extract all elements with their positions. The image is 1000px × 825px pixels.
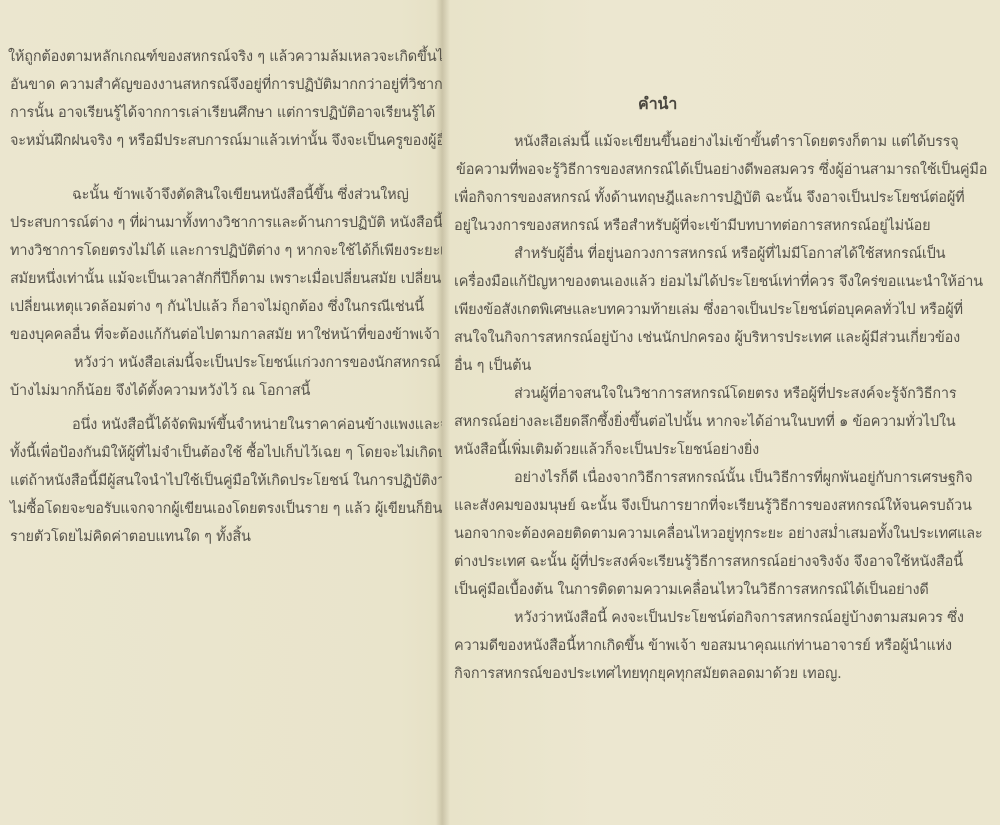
right-line: เพื่อกิจการของสหกรณ์ ทั้งด้านทฤษฎีและการ… xyxy=(454,186,964,209)
right-line: หวังว่าหนังสือนี้ คงจะเป็นประโยชน์ต่อกิจ… xyxy=(514,606,964,629)
right-line: เพียงข้อสังเกตพิเศษและบทความท้ายเล่ม ซึ่… xyxy=(454,298,963,321)
left-line: จะหมั่นฝึกฝนจริง ๆ หรือมีประสบการณ์มาแล้… xyxy=(10,129,442,152)
right-line: เครื่องมือแก้ปัญหาของตนเองแล้ว ย่อมไม่ได… xyxy=(454,270,983,293)
right-line: สำหรับผู้อื่น ที่อยู่นอกวงการสหกรณ์ หรือ… xyxy=(514,242,945,265)
right-line: อยู่ในวงการของสหกรณ์ หรือสำหรับผู้ที่จะเ… xyxy=(454,214,930,237)
right-line: ส่วนผู้ที่อาจสนใจในวิชาการสหกรณ์โดยตรง ห… xyxy=(514,382,956,405)
left-line: แต่ถ้าหนังสือนี้มีผู้สนใจนำไปใช้เป็นคู่ม… xyxy=(10,469,442,492)
left-line: ให้ถูกต้องตามหลักเกณฑ์ของสหกรณ์จริง ๆ แล… xyxy=(8,45,442,68)
left-line: ประสบการณ์ต่าง ๆ ที่ผ่านมาทั้งทางวิชาการ… xyxy=(10,211,442,234)
right-line: หนังสือนี้เพิ่มเติมด้วยแล้วก็จะเป็นประโย… xyxy=(454,438,759,461)
left-line: หวังว่า หนังสือเล่มนี้จะเป็นประโยชน์แก่ว… xyxy=(74,351,440,374)
right-line: หนังสือเล่มนี้ แม้จะเขียนขึ้นอย่างไม่เข้… xyxy=(514,130,959,153)
right-line: ความดีของหนังสือนี้หากเกิดขึ้น ข้าพเจ้า … xyxy=(454,634,952,657)
left-line: ทั้งนี้เพื่อป้องกันมิให้ผู้ที่ไม่จำเป็นต… xyxy=(10,441,442,464)
right-line: ต่างประเทศ ฉะนั้น ผู้ที่ประสงค์จะเรียนรู… xyxy=(454,550,963,573)
left-line: รายตัวโดยไม่คิดค่าตอบแทนใด ๆ ทั้งสิ้น xyxy=(10,525,251,548)
right-page: คำนำ หนังสือเล่มนี้ แม้จะเขียนขึ้นอย่างไ… xyxy=(442,0,1000,825)
left-line: บ้างไม่มากก็น้อย จึงได้ตั้งความหวังไว้ ณ… xyxy=(10,379,310,402)
right-line: สหกรณ์อย่างละเอียดลึกซึ้งยิ่งขึ้นต่อไปนั… xyxy=(454,410,955,433)
left-line: ฉะนั้น ข้าพเจ้าจึงตัดสินใจเขียนหนังสือนี… xyxy=(72,183,409,206)
left-line: สมัยหนึ่งเท่านั้น แม้จะเป็นเวลาสักกี่ปีก… xyxy=(10,267,442,290)
right-line: กิจการสหกรณ์ของประเทศไทยทุกยุคทุกสมัยตลอ… xyxy=(454,662,842,685)
right-line: เป็นคู่มือเบื้องต้น ในการติดตามความเคลื่… xyxy=(454,578,929,601)
right-line: อื่น ๆ เป็นต้น xyxy=(454,354,531,377)
right-line: อย่างไรก็ดี เนื่องจากวิธีการสหกรณ์นั้น เ… xyxy=(514,466,973,489)
left-line: ไม่ซื้อโดยจะขอรับแจกจากผู้เขียนเองโดยตรง… xyxy=(10,497,442,520)
left-line: อนึ่ง หนังสือนี้ได้จัดพิมพ์ขึ้นจำหน่ายใน… xyxy=(72,413,442,436)
right-line: นอกจากจะต้องคอยติดตามความเคลื่อนไหวอยู่ท… xyxy=(454,522,982,545)
right-line: ข้อความที่พอจะรู้วิธีการของสหกรณ์ได้เป็น… xyxy=(456,158,987,181)
left-page: ให้ถูกต้องตามหลักเกณฑ์ของสหกรณ์จริง ๆ แล… xyxy=(0,0,442,825)
left-line: เปลี่ยนเหตุแวดล้อมต่าง ๆ กันไปแล้ว ก็อาจ… xyxy=(10,295,424,318)
left-line: ทางวิชาการโดยตรงไม่ได้ และการปฏิบัติต่าง… xyxy=(10,239,442,262)
page-title: คำนำ xyxy=(638,92,677,117)
book-spread: ให้ถูกต้องตามหลักเกณฑ์ของสหกรณ์จริง ๆ แล… xyxy=(0,0,1000,825)
left-line: อันขาด ความสำคัญของงานสหกรณ์จึงอยู่ที่กา… xyxy=(10,73,442,96)
right-line: และสังคมของมนุษย์ ฉะนั้น จึงเป็นการยากที… xyxy=(454,494,972,517)
left-line: การนั้น อาจเรียนรู้ได้จากการเล่าเรียนศึก… xyxy=(10,101,435,124)
right-line: สนใจในกิจการสหกรณ์อยู่บ้าง เช่นนักปกครอง… xyxy=(454,326,960,349)
left-line: ของบุคคลอื่น ที่จะต้องแก้กันต่อไปตามกาลส… xyxy=(10,323,440,346)
